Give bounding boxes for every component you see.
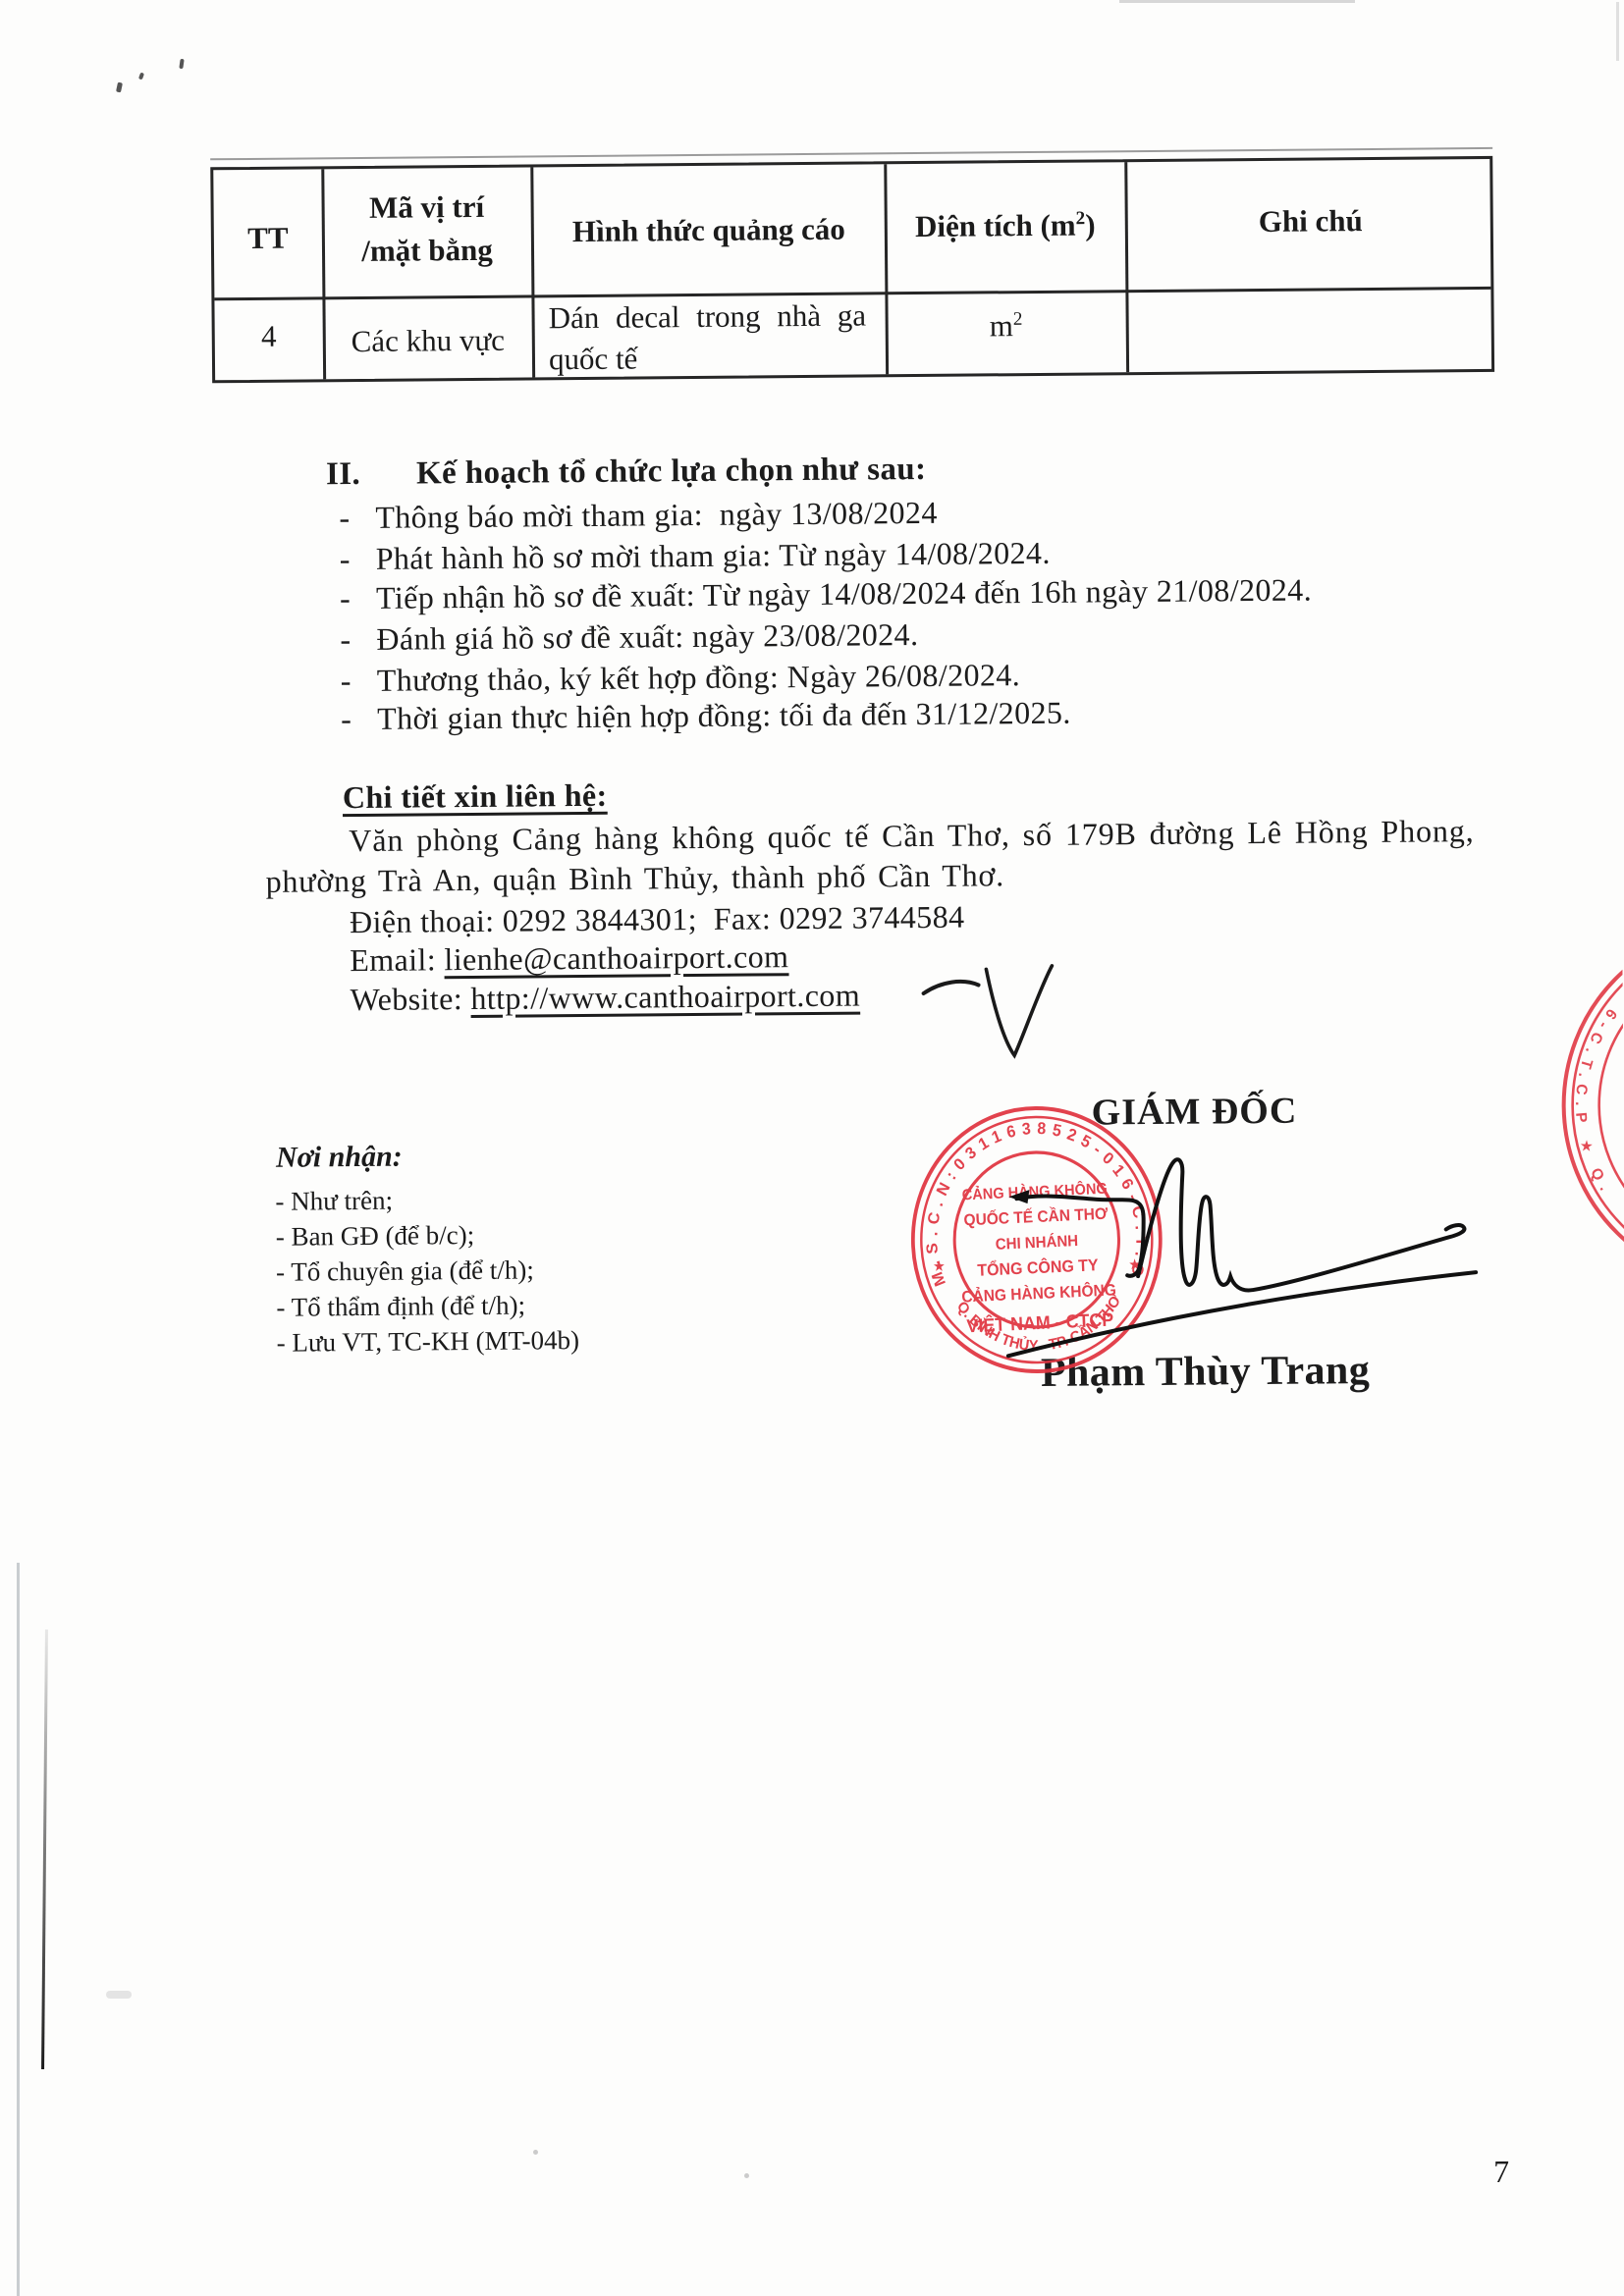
bullet-dash: - (341, 663, 352, 699)
page-number: 7 (1493, 2154, 1510, 2190)
plan-item: Thương thảo, ký kết hợp đồng: Ngày 26/08… (377, 657, 1021, 699)
section2-numeral: II. (326, 456, 360, 493)
email-address: lienhe@canthoairport.com (444, 938, 788, 977)
handwritten-paraph-mark (911, 945, 1079, 1074)
contact-website-line: Website: http://www.canthoairport.com (350, 978, 860, 1019)
website-label: Website: (350, 981, 470, 1017)
recipients-heading: Nơi nhận: (276, 1141, 403, 1175)
scan-smudge (106, 1991, 132, 1999)
table-column-divider (530, 167, 534, 377)
scan-corner-artifact (1616, 2, 1619, 61)
email-label: Email: (350, 941, 444, 978)
col-header-hinh-thuc: Hình thức quảng cáo (534, 211, 884, 249)
recipient-item: - Tổ chuyên gia (để t/h); (276, 1255, 534, 1287)
recipient-item: - Như trên; (275, 1186, 393, 1217)
bullet-dash: - (340, 541, 351, 577)
contact-email-line: Email: lienhe@canthoairport.com (350, 938, 788, 979)
scan-top-edge-artifact (1119, 0, 1355, 3)
cell-ma-vi-tri: Các khu vực (325, 322, 531, 359)
cell-dien-tich: m2 (889, 307, 1124, 345)
handwritten-signature (923, 1103, 1535, 1403)
recipient-item: - Ban GĐ (để b/c); (276, 1220, 475, 1253)
plan-item: Thông báo mời tham gia: ngày 13/08/2024 (375, 495, 938, 536)
signature-arrowhead (1008, 1190, 1029, 1203)
cell-ghi-chu (1128, 306, 1495, 309)
contact-phone-fax: Điện thoại: 0292 3844301; Fax: 0292 3744… (350, 899, 965, 940)
cell-hinh-thuc-1: Dán decal trong nhà ga (548, 297, 872, 336)
scan-dot (744, 2173, 749, 2178)
scanned-document-page: TT Mã vị trí /mặt bằng Hình thức quảng c… (0, 0, 1624, 2296)
document-content: TT Mã vị trí /mặt bằng Hình thức quảng c… (0, 0, 1624, 2296)
col-header-tt: TT (214, 220, 322, 256)
plan-item: Đánh giá hồ sơ đề xuất: ngày 23/08/2024. (376, 616, 918, 658)
advert-locations-table: TT Mã vị trí /mặt bằng Hình thức quảng c… (210, 156, 1494, 383)
col-header-ma-vi-tri-1: Mã vị trí (323, 188, 529, 226)
plan-item: Tiếp nhận hồ sơ đề xuất: Từ ngày 14/08/2… (376, 572, 1312, 616)
bullet-dash: - (340, 621, 351, 658)
cell-tt: 4 (215, 318, 323, 354)
bullet-dash: - (340, 580, 351, 616)
plan-item: Phát hành hồ sơ mời tham gia: Từ ngày 14… (376, 535, 1051, 577)
bullet-dash: - (341, 701, 352, 737)
contact-heading: Chi tiết xin liên hệ: (343, 777, 608, 816)
bullet-dash: - (339, 500, 350, 536)
col-header-ma-vi-tri-2: /mặt bằng (324, 232, 530, 269)
section2-title: Kế hoạch tổ chức lựa chọn như sau: (416, 452, 927, 493)
contact-address-line2: phường Trà An, quận Bình Thủy, thành phố… (265, 857, 1004, 900)
scan-edge-shadow-line (17, 1563, 20, 2296)
col-header-dien-tich: Diện tích (m2) (888, 207, 1123, 244)
partial-edge-stamp: 6-C.T.C.P ★ Q. (1526, 965, 1624, 1270)
col-header-ghi-chu: Ghi chú (1127, 202, 1494, 240)
website-url: http://www.canthoairport.com (470, 978, 860, 1016)
contact-address-line1: Văn phòng Cảng hàng không quốc tế Cần Th… (349, 813, 1475, 859)
cell-hinh-thuc-2: quốc tế (549, 339, 873, 377)
recipient-item: - Lưu VT, TC-KH (MT-04b) (277, 1325, 580, 1359)
table-column-divider (1124, 162, 1128, 372)
scan-dot (533, 2150, 538, 2155)
plan-item: Thời gian thực hiện hợp đồng: tối đa đến… (377, 695, 1071, 737)
recipient-item: - Tổ thẩm định (để t/h); (276, 1291, 525, 1323)
